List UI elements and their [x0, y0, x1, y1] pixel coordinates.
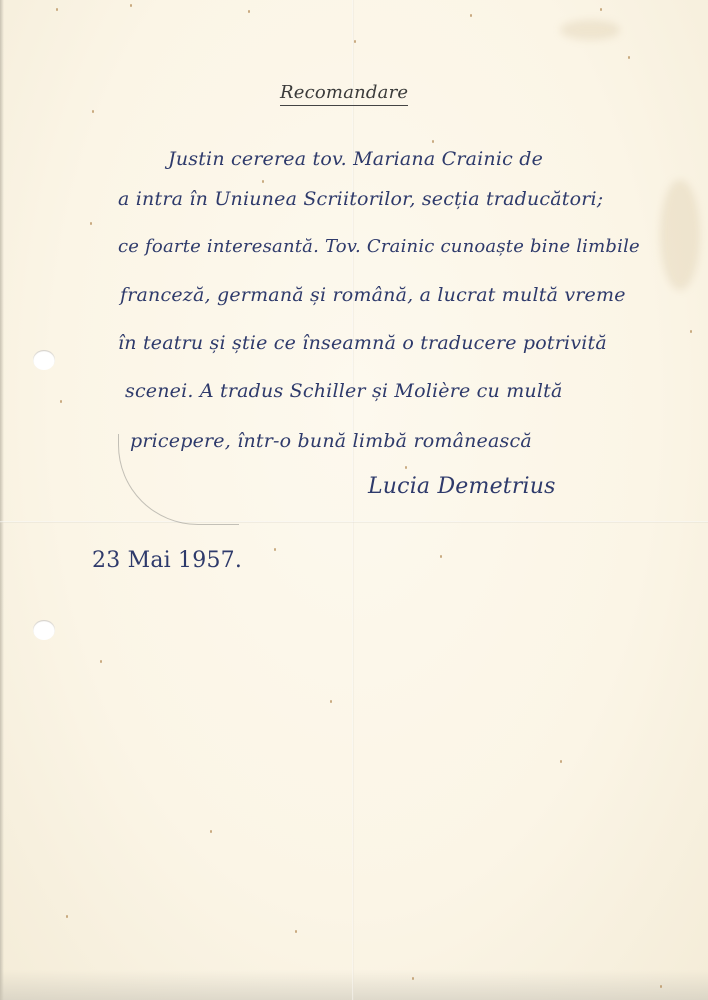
body-line-2: a intra în Uniunea Scriitorilor, secția …	[118, 188, 603, 210]
foxing-speck	[262, 180, 264, 183]
paper-left-edge	[0, 0, 4, 1000]
foxing-speck	[130, 4, 132, 7]
foxing-speck	[600, 8, 602, 11]
foxing-speck	[690, 330, 692, 333]
foxing-speck	[560, 760, 562, 763]
foxing-speck	[354, 40, 356, 43]
body-line-3: ce foarte interesantă. Tov. Crainic cuno…	[118, 236, 640, 257]
body-line-5: în teatru și știe ce înseamnă o traducer…	[118, 332, 607, 354]
foxing-speck	[628, 56, 630, 59]
body-line-4: franceză, germană și română, a lucrat mu…	[120, 284, 626, 306]
foxing-speck	[90, 222, 92, 225]
foxing-speck	[56, 8, 58, 11]
foxing-stain	[560, 20, 620, 40]
letter-date: 23 Mai 1957.	[92, 548, 242, 573]
foxing-speck	[470, 14, 472, 17]
foxing-speck	[432, 140, 434, 143]
foxing-speck	[660, 985, 662, 988]
foxing-speck	[248, 10, 250, 13]
foxing-speck	[412, 977, 414, 980]
foxing-speck	[440, 555, 442, 558]
body-line-6: scenei. A tradus Schiller și Molière cu …	[125, 380, 563, 402]
foxing-stain	[660, 180, 700, 290]
foxing-speck	[405, 466, 407, 469]
foxing-speck	[210, 830, 212, 833]
punch-hole-top	[33, 350, 55, 370]
punch-hole-bottom	[33, 620, 55, 640]
foxing-speck	[330, 700, 332, 703]
foxing-speck	[60, 400, 62, 403]
foxing-speck	[274, 548, 276, 551]
horizontal-fold-crease	[0, 521, 708, 523]
signature: Lucia Demetrius	[368, 474, 556, 499]
foxing-speck	[100, 660, 102, 663]
letter-title: Recomandare	[280, 82, 408, 106]
foxing-speck	[92, 110, 94, 113]
foxing-speck	[66, 915, 68, 918]
body-line-1: Justin cererea tov. Mariana Crainic de	[168, 148, 543, 170]
foxing-speck	[295, 930, 297, 933]
